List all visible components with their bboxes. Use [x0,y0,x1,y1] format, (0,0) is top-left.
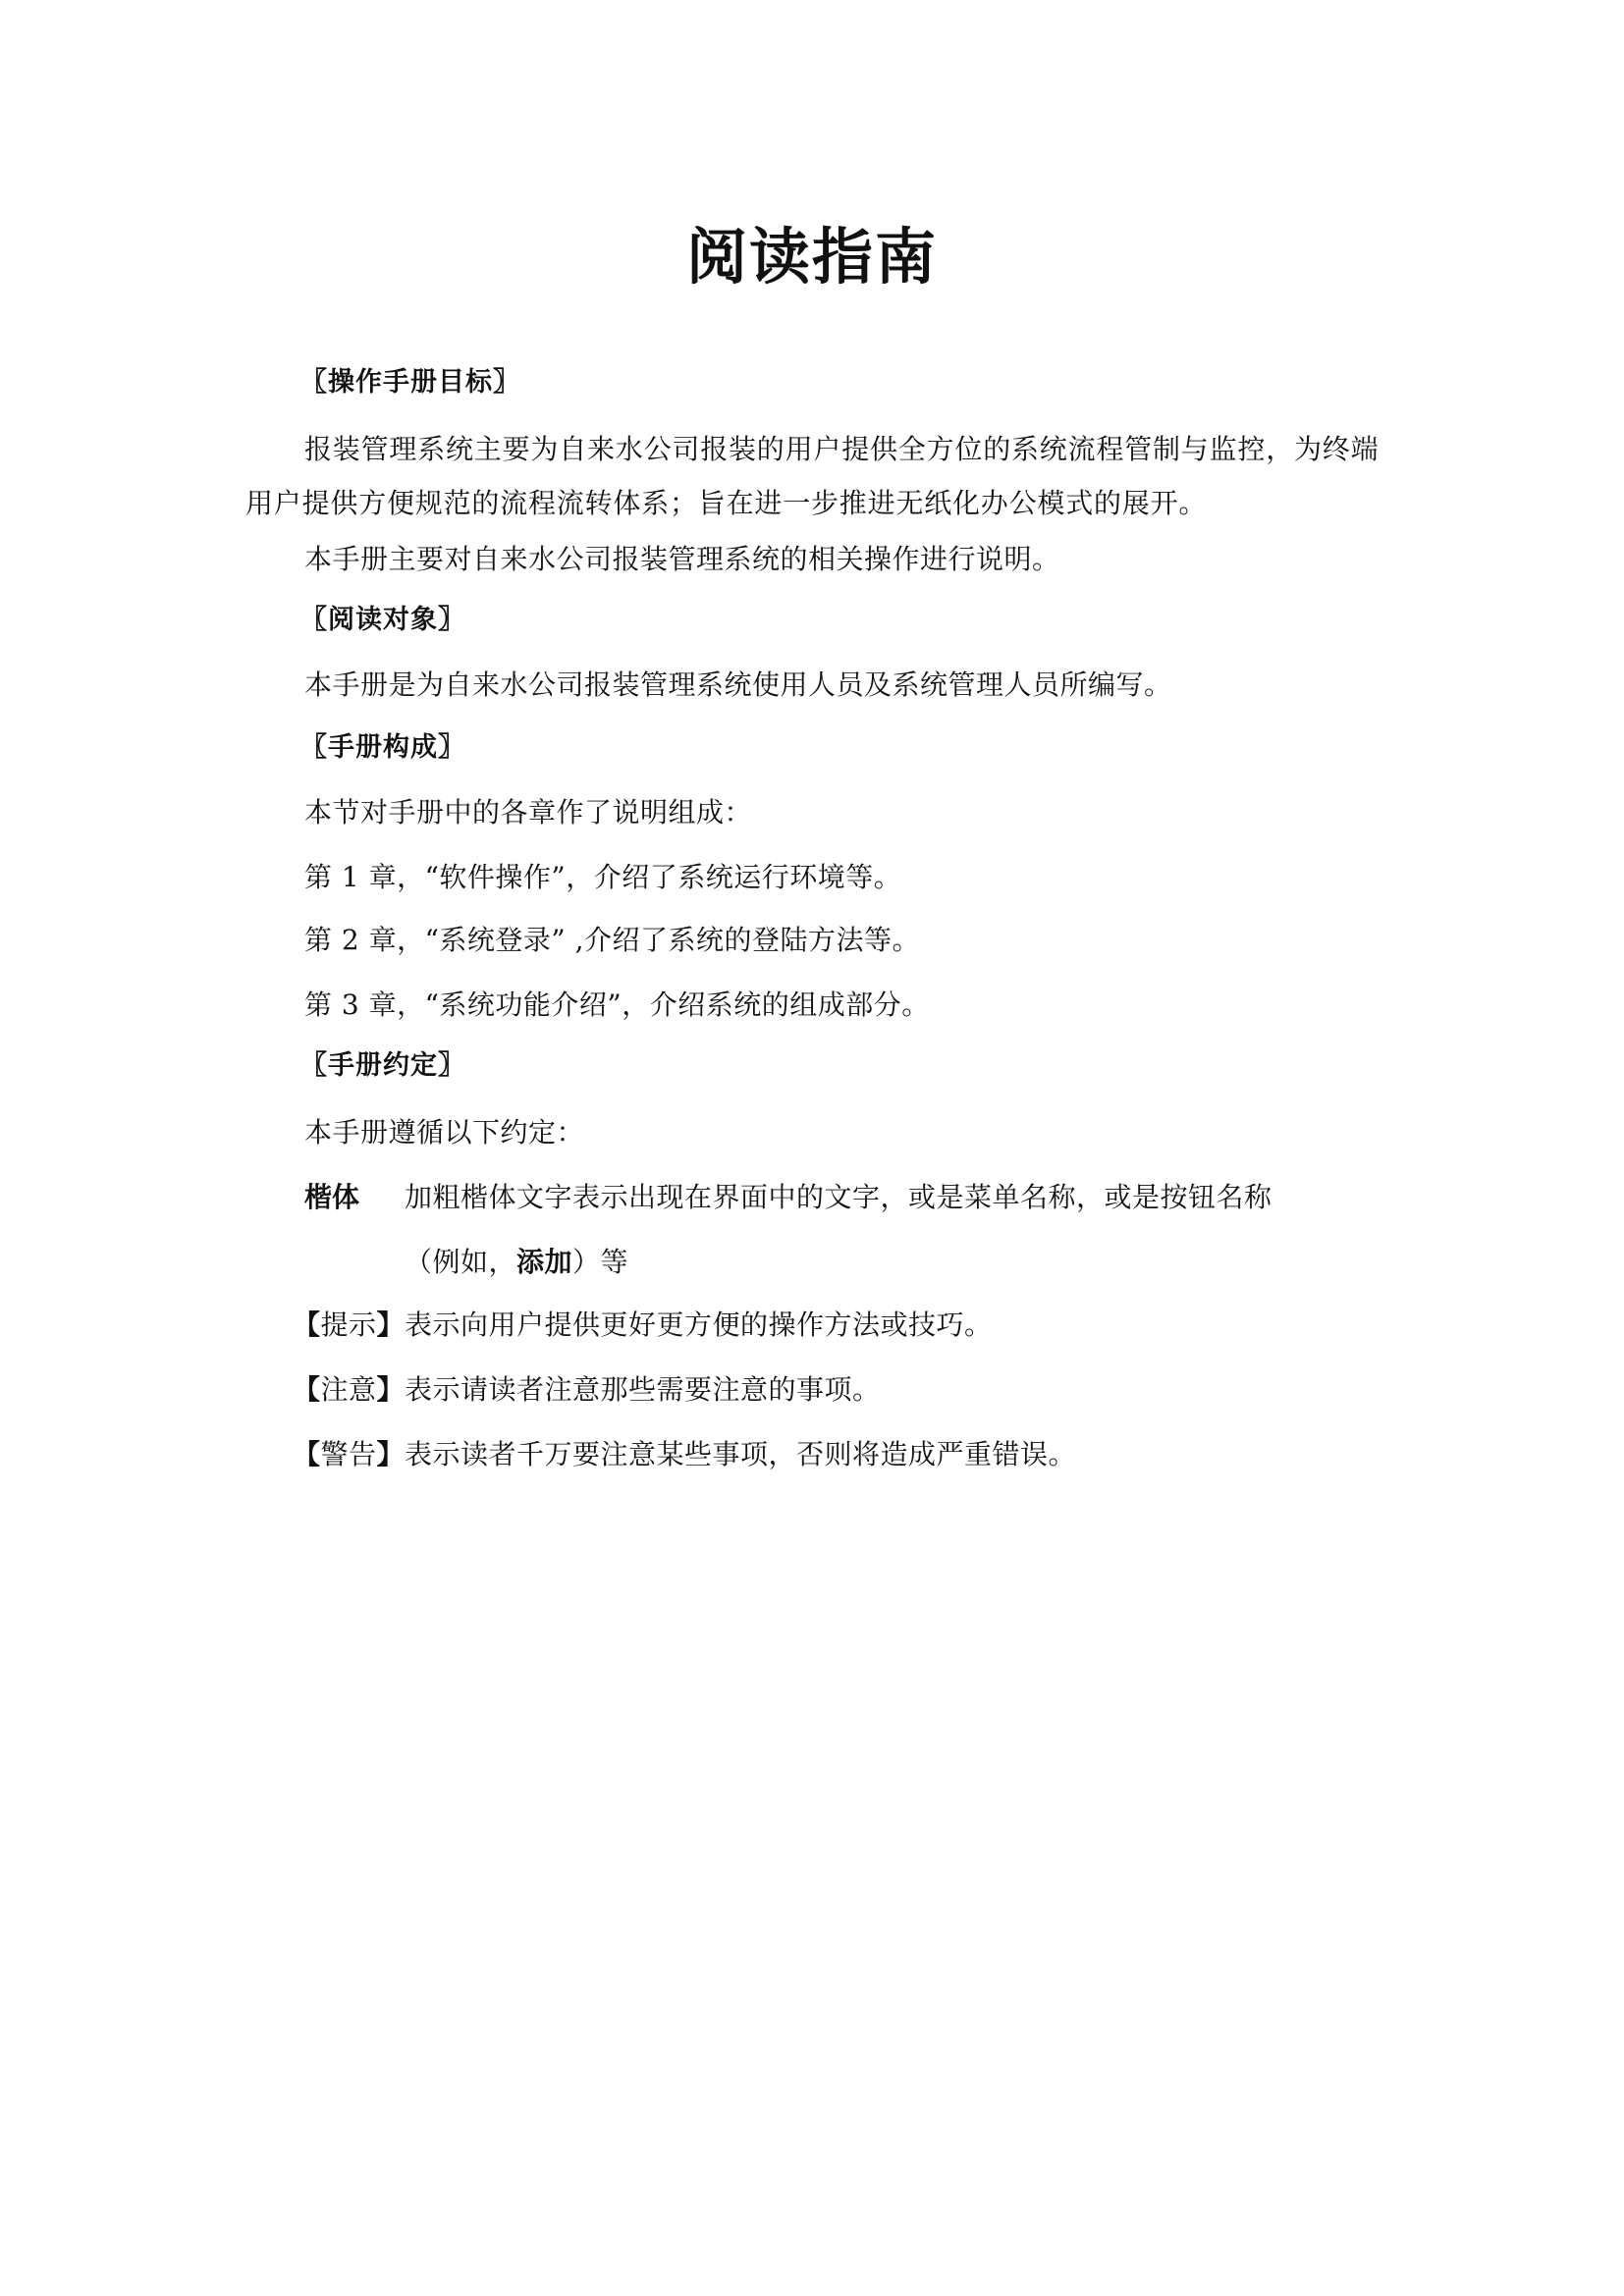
notice-warning: 【警告】表示读者千万要注意某些事项，否则将造成严重错误。 [293,1435,1076,1474]
bracket-open: 【 [293,1438,321,1470]
notice-label: 提示 [321,1308,377,1341]
example-bold-add: 添加 [516,1246,572,1278]
notice-label: 注意 [321,1373,377,1406]
bracket-close: 】 [377,1373,406,1406]
notice-text: 表示向用户提供更好更方便的操作方法或技巧。 [405,1308,993,1341]
section-heading-goal: 〖操作手册目标〗 [300,365,520,400]
notice-attention: 【注意】表示请读者注意那些需要注意的事项。 [293,1370,881,1410]
audience-paragraph: 本手册是为自来水公司报装管理系统使用人员及系统管理人员所编写。 [304,666,1172,705]
chapter-item-1: 第 1 章，“软件操作”，介绍了系统运行环境等。 [304,858,901,897]
notice-text: 表示读者千万要注意某些事项，否则将造成严重错误。 [405,1438,1076,1470]
convention-desc-line-2: （例如，添加）等 [405,1243,628,1282]
bracket-open: 【 [293,1308,321,1341]
page-title: 阅读指南 [0,218,1624,296]
bracket-close: 】 [377,1438,406,1470]
bracket-close: 】 [377,1308,406,1341]
section-heading-conventions: 〖手册约定〗 [300,1048,465,1084]
bracket-open: 【 [293,1373,321,1406]
section-heading-structure: 〖手册构成〗 [300,730,465,766]
goal-paragraph-2: 本手册主要对自来水公司报装管理系统的相关操作进行说明。 [304,540,1060,579]
section-heading-audience: 〖阅读对象〗 [300,603,465,638]
convention-desc-line-1: 加粗楷体文字表示出现在界面中的文字，或是菜单名称，或是按钮名称 [405,1178,1272,1217]
goal-paragraph-1: 报装管理系统主要为自来水公司报装的用户提供全方位的系统流程管制与监控，为终端用户… [245,422,1384,530]
document-page: 阅读指南 〖操作手册目标〗 报装管理系统主要为自来水公司报装的用户提供全方位的系… [0,0,1624,2296]
structure-intro: 本节对手册中的各章作了说明组成： [304,793,752,832]
chapter-item-3: 第 3 章，“系统功能介绍”，介绍系统的组成部分。 [304,986,930,1025]
conventions-intro: 本手册遵循以下约定： [304,1113,584,1152]
notice-label: 警告 [321,1438,377,1470]
convention-term-kaiti: 楷体 [304,1178,359,1217]
example-suffix: ）等 [572,1246,628,1278]
example-prefix: （例如， [405,1246,516,1278]
notice-tip: 【提示】表示向用户提供更好更方便的操作方法或技巧。 [293,1306,993,1345]
chapter-item-2: 第 2 章，“系统登录” ,介绍了系统的登陆方法等。 [304,921,920,960]
notice-text: 表示请读者注意那些需要注意的事项。 [405,1373,881,1406]
